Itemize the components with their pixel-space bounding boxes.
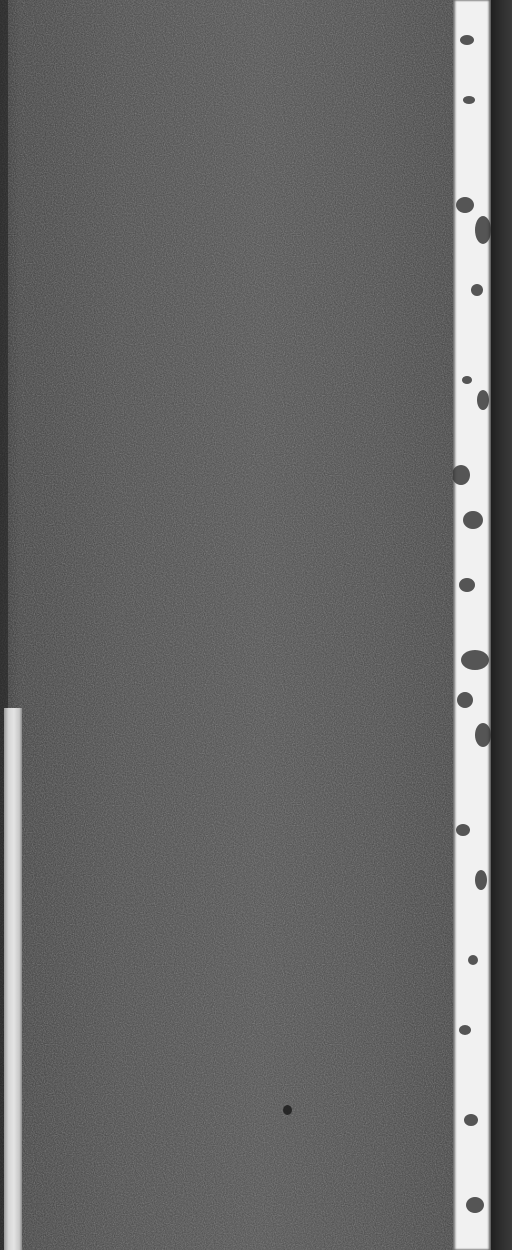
edge-line-wear [453,0,491,1250]
left-lane-dash [4,708,22,1250]
road-shoulder [491,0,512,1250]
dark-spot [283,1105,292,1115]
road-scene [0,0,512,1250]
asphalt-texture [0,0,512,1250]
